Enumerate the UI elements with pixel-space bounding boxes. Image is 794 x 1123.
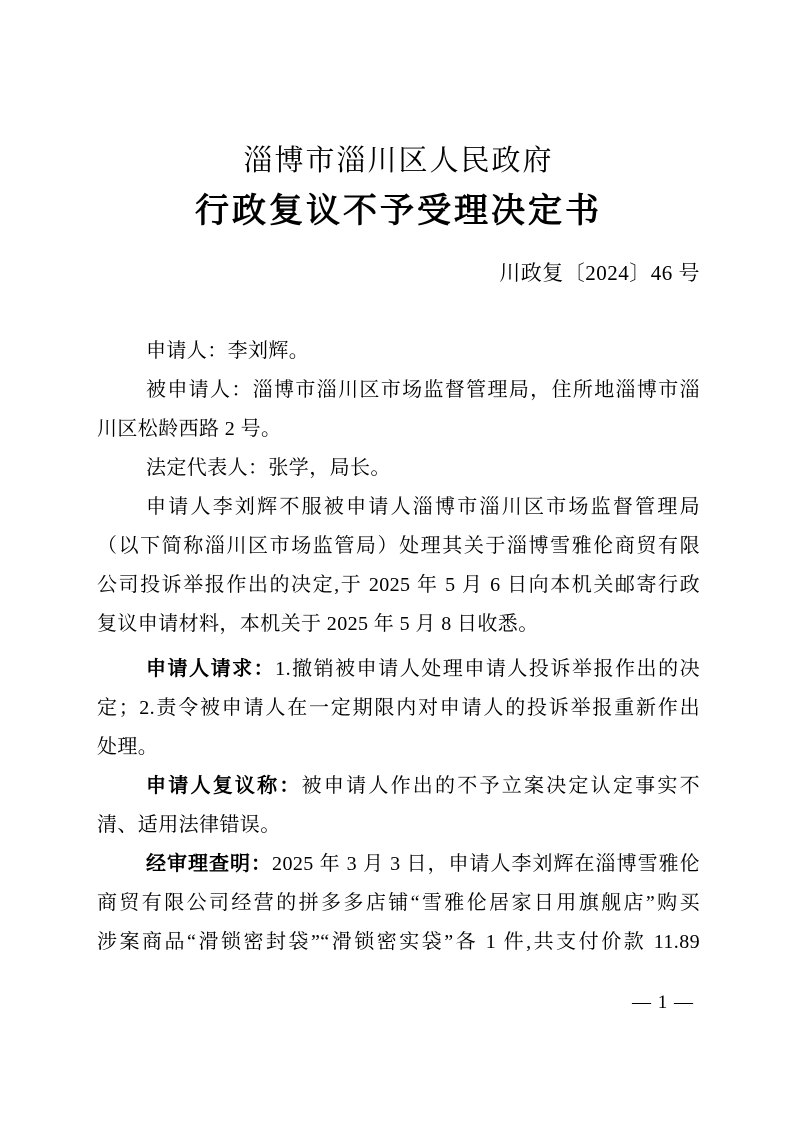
paragraph-text: 被申请人作出的不予立案决定认定事实不 [302,775,700,797]
doc-number: 川政复〔2024〕46 号 [97,259,700,287]
body-line: 申请人：李刘辉。 [97,332,700,371]
body-line: 川区松龄西路 2 号。 [97,410,700,449]
paragraph-lead: 申请人请求： [146,658,275,680]
body-line: 申请人请求：1.撤销被申请人处理申请人投诉举报作出的决 [97,650,700,689]
body-line: 申请人复议称：被申请人作出的不予立案决定认定事实不 [97,767,700,806]
body-line: 商贸有限公司经营的拼多多店铺“雪雅伦居家日用旗舰店”购买 [97,884,700,923]
body-line: 申请人李刘辉不服被申请人淄博市淄川区市场监督管理局 [97,488,700,527]
page-number: — 1 — [632,991,694,1015]
paragraph-text: 1.撤销被申请人处理申请人投诉举报作出的决 [275,658,700,680]
body-line: （以下简称淄川区市场监管局）处理其关于淄博雪雅伦商贸有限 [97,527,700,566]
body-line: 公司投诉举报作出的决定,于 2025 年 5 月 6 日向本机关邮寄行政 [97,566,700,605]
body-line: 经审理查明：2025 年 3 月 3 日，申请人李刘辉在淄博雪雅伦 [97,845,700,884]
org-title: 淄博市淄川区人民政府 [97,0,700,181]
body-line: 法定代表人：张学，局长。 [97,449,700,488]
document-page: 淄博市淄川区人民政府 行政复议不予受理决定书 川政复〔2024〕46 号 申请人… [0,0,794,1123]
paragraph-lead: 申请人复议称： [146,775,302,797]
paragraph-lead: 经审理查明： [146,853,272,875]
document-content: 淄博市淄川区人民政府 行政复议不予受理决定书 川政复〔2024〕46 号 申请人… [97,0,700,962]
body-line: 清、适用法律错误。 [97,806,700,845]
body-text: 申请人：李刘辉。 被申请人：淄博市淄川区市场监督管理局，住所地淄博市淄 川区松龄… [97,332,700,962]
body-line: 复议申请材料，本机关于 2025 年 5 月 8 日收悉。 [97,605,700,644]
body-line: 被申请人：淄博市淄川区市场监督管理局，住所地淄博市淄 [97,371,700,410]
body-line: 处理。 [97,728,700,767]
body-line: 涉案商品“滑锁密封袋”“滑锁密实袋”各 1 件,共支付价款 11.89 [97,923,700,962]
paragraph-text: 2025 年 3 月 3 日，申请人李刘辉在淄博雪雅伦 [272,853,700,875]
body-line: 定；2.责令被申请人在一定期限内对申请人的投诉举报重新作出 [97,689,700,728]
doc-title: 行政复议不予受理决定书 [97,187,700,237]
